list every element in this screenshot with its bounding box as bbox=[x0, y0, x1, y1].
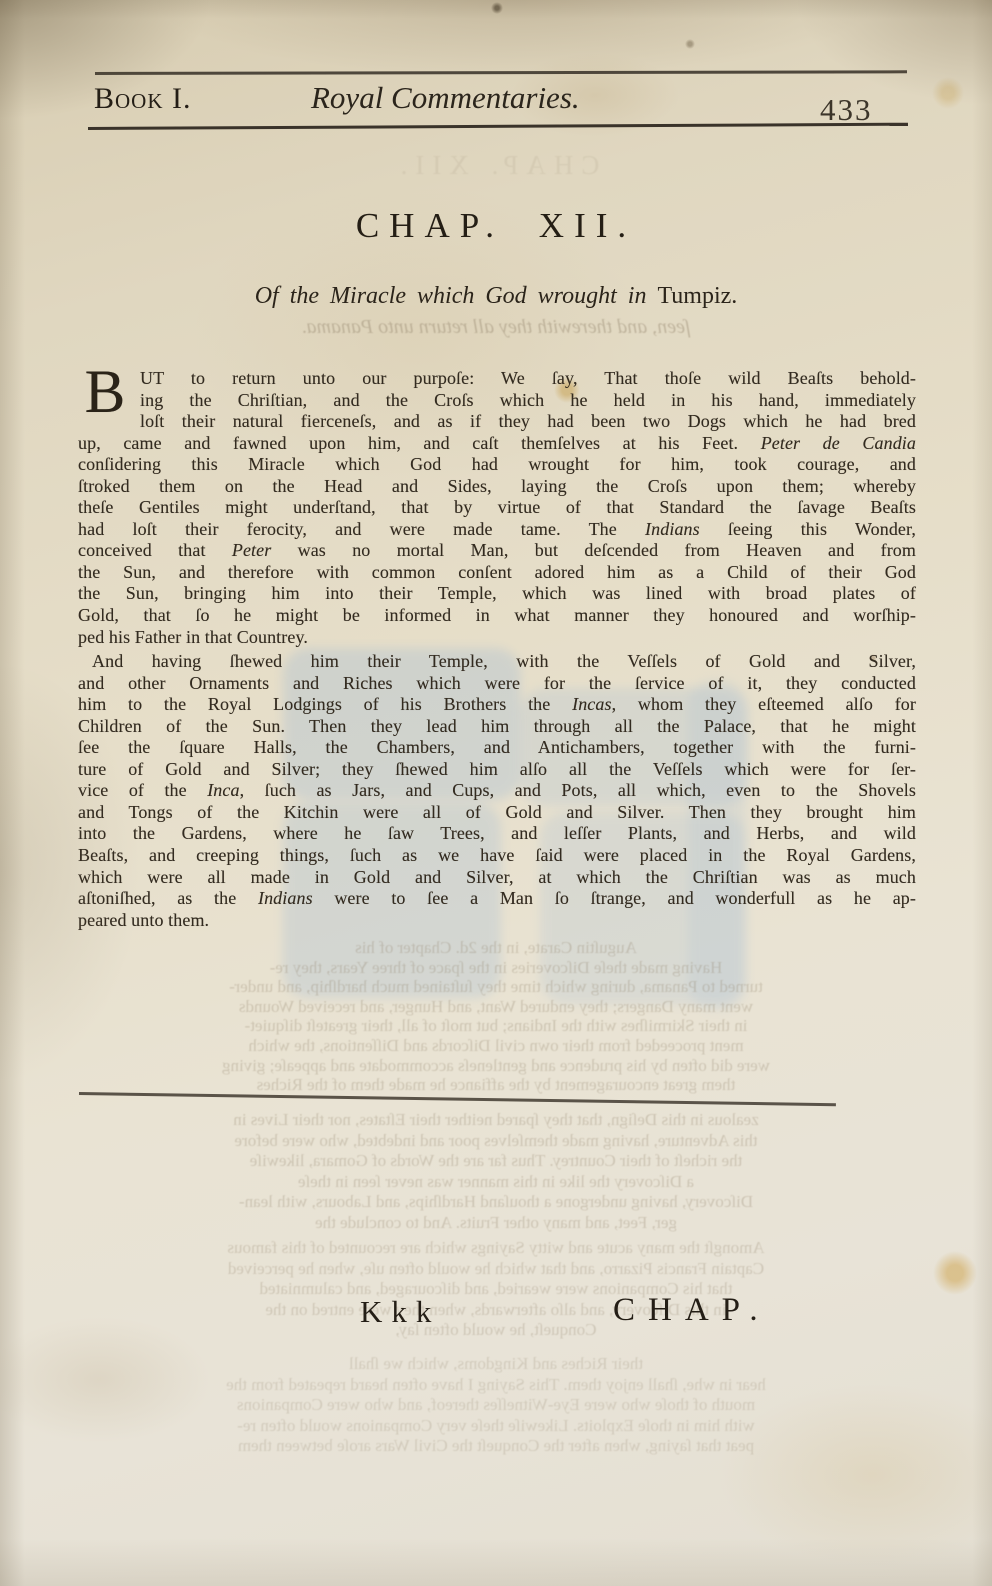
book-page: CHAP. XII. ſeen, and therewith they all … bbox=[0, 0, 992, 1586]
paragraph-1: B UT to return unto our purpoſe: We ſay,… bbox=[78, 368, 916, 648]
body-text: B UT to return unto our purpoſe: We ſay,… bbox=[78, 368, 916, 931]
body-line: conceived that Peter was no mortal Man, … bbox=[78, 540, 916, 562]
body-line: and other Ornaments and Riches which wer… bbox=[78, 673, 916, 695]
bleedthrough-line: peat that ſaying, when after the Conqueſ… bbox=[88, 1436, 904, 1457]
body-line: him to the Royal Lodgings of his Brother… bbox=[78, 694, 916, 716]
bleedthrough-line: zealous in this Deſign, that they ſpared… bbox=[88, 1110, 904, 1131]
bleedthrough-line: in this Diſcovery, and alſo afterwards, … bbox=[88, 1300, 904, 1321]
section-rule bbox=[79, 1092, 836, 1106]
signature-mark: Kkk bbox=[360, 1294, 440, 1330]
body-line: ped his Father in that Countrey. bbox=[78, 627, 916, 649]
bleedthrough-line: were did often by his prudence and gentl… bbox=[88, 1056, 904, 1076]
bleedthrough-line: that his Companions were wearied, and di… bbox=[88, 1279, 904, 1300]
body-line: Beaſts, and creeping things, ſuch as we … bbox=[78, 845, 916, 867]
body-line: ſtroked them on the Head and Sides, layi… bbox=[78, 476, 916, 498]
body-line: UT to return unto our purpoſe: We ſay, T… bbox=[78, 368, 916, 390]
bleedthrough-line: a Diſcovery the like in this manner was … bbox=[88, 1172, 904, 1193]
body-line: up, came and fawned upon him, and caſt t… bbox=[78, 433, 916, 455]
bleedthrough-line: them great encouragement by the affiance… bbox=[88, 1075, 904, 1095]
body-line: the Sun, and therefore with common conſe… bbox=[78, 562, 916, 584]
bleedthrough-text: Amongſt the many acute and witty Sayings… bbox=[88, 1238, 904, 1341]
chapter-subtitle: Of the Miracle which God wrought in Tump… bbox=[0, 283, 992, 310]
running-title: Royal Commentaries. bbox=[311, 80, 580, 116]
bleedthrough-line: Amongſt the many acute and witty Sayings… bbox=[88, 1238, 904, 1259]
body-line: conſidering this Miracle which God had w… bbox=[78, 454, 916, 476]
bleedthrough-line: the richeſt of their Countrey. Thus far … bbox=[88, 1151, 904, 1172]
body-line: which were all made in Gold and Silver, … bbox=[78, 867, 916, 889]
bleedthrough-line: mouth of thoſe who were Eye-Witneſſes th… bbox=[88, 1395, 904, 1416]
header-rule-top bbox=[95, 70, 907, 74]
body-line: had loſt their ferocity, and were made t… bbox=[78, 519, 916, 541]
paragraph-2: And having ſhewed him their Temple, with… bbox=[78, 651, 916, 931]
bleedthrough-line: Captain Francis Pizarro, and that which … bbox=[88, 1259, 904, 1280]
body-line: ing the Chriſtian, and the Croſs which h… bbox=[78, 390, 916, 412]
body-line: aſtoniſhed, as the Indians were to ſee a… bbox=[78, 888, 916, 910]
body-line: Children of the Sun. Then they lead him … bbox=[78, 716, 916, 738]
body-line: theſe Gentiles might underſtand, that by… bbox=[78, 497, 916, 519]
body-line: loſt their natural fierceneſs, and as if… bbox=[78, 411, 916, 433]
body-line: peared unto them. bbox=[78, 910, 916, 932]
body-line: and Tongs of the Kitchin were all of Gol… bbox=[78, 802, 916, 824]
body-line: ture of Gold and Silver; they ſhewed him… bbox=[78, 759, 916, 781]
body-line: Gold, that ſo he might be informed in wh… bbox=[78, 605, 916, 627]
bleedthrough-line: hear in whe, ſhall enjoy them. This Sayi… bbox=[88, 1375, 904, 1396]
bleedthrough-line: this Adventure, having made themſelves p… bbox=[88, 1131, 904, 1152]
bleedthrough-line: went many Dangers; they endured Want, an… bbox=[88, 997, 904, 1017]
book-label: Book I. bbox=[94, 82, 192, 116]
body-line: ſee the ſquare Halls, the Chambers, and … bbox=[78, 737, 916, 759]
body-line: into the Gardens, where he ſaw Trees, an… bbox=[78, 823, 916, 845]
catchword: CHAP. bbox=[613, 1292, 771, 1329]
bleedthrough-line: Conqueſt, he would often ſay, bbox=[88, 1320, 904, 1341]
bleedthrough-line: with him in thoſe Exploits. Likewiſe the… bbox=[88, 1416, 904, 1437]
bleedthrough-text: ſeen, and therewith they all return unto… bbox=[0, 316, 992, 339]
chapter-heading: CHAP. XII. bbox=[0, 206, 992, 246]
drop-cap: B bbox=[78, 371, 132, 417]
body-line: And having ſhewed him their Temple, with… bbox=[78, 651, 916, 673]
bleedthrough-text: their Riches and Kingdoms, which we ſhal… bbox=[88, 1354, 904, 1457]
bleedthrough-text: CHAP. XII. bbox=[0, 150, 992, 181]
bleedthrough-line: their Riches and Kingdoms, which we ſhal… bbox=[88, 1354, 904, 1375]
bleedthrough-line: ger, Feet, and many other Fruits. And to… bbox=[88, 1213, 904, 1234]
header-rule-bottom bbox=[88, 123, 908, 130]
body-line: vice of the Inca, ſuch as Jars, and Cups… bbox=[78, 780, 916, 802]
body-line: the Sun, bringing him into their Temple,… bbox=[78, 583, 916, 605]
bleedthrough-line: Diſcovery, having undergone a thouſand H… bbox=[88, 1192, 904, 1213]
bleedthrough-line: in their Skirmiſhes with the Indians; bu… bbox=[88, 1016, 904, 1036]
bleedthrough-line: ment proceeded from their own civil Diſc… bbox=[88, 1036, 904, 1056]
bleedthrough-text: zealous in this Deſign, that they ſpared… bbox=[88, 1110, 904, 1233]
